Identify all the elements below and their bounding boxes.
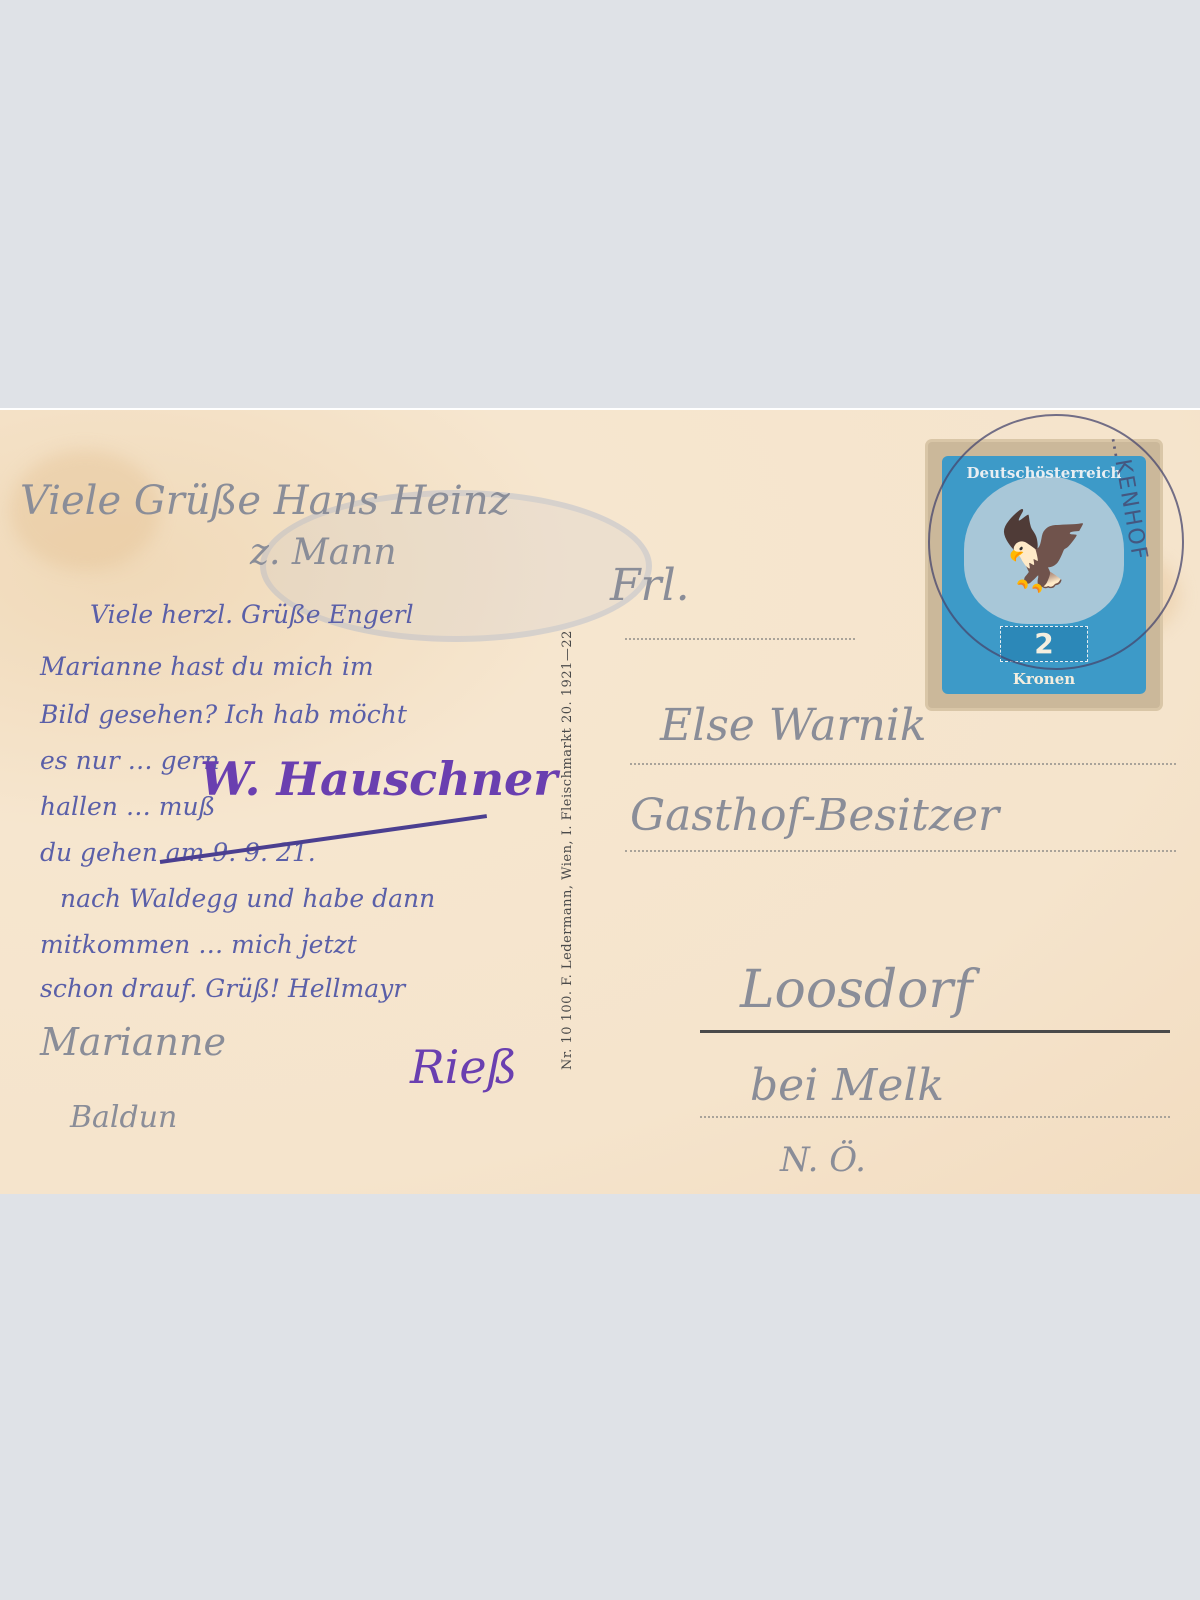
- address-line-1: Frl.: [610, 560, 690, 611]
- address-line-4: Loosdorf: [740, 960, 973, 1020]
- violet-signature: W. Hauschner: [200, 752, 558, 806]
- address-dotted-line: [625, 638, 855, 640]
- pencil-signature: Marianne: [40, 1020, 226, 1064]
- message-line: mitkommen … mich jetzt: [40, 930, 357, 959]
- violet-signature: Rieß: [410, 1040, 517, 1094]
- address-dotted-line: [630, 763, 1176, 765]
- message-line: du gehen am 9. 9. 21.: [40, 838, 316, 867]
- message-line: Viele herzl. Grüße Engerl: [90, 600, 414, 629]
- address-line-3: Gasthof-Besitzer: [630, 790, 999, 841]
- pencil-signature: Baldun: [70, 1100, 177, 1135]
- address-solid-line: [700, 1030, 1170, 1033]
- address-line-2: Else Warnik: [660, 700, 927, 751]
- address-dotted-line: [700, 1116, 1170, 1118]
- stamp-currency: Kronen: [942, 670, 1146, 688]
- message-line: Marianne hast du mich im: [40, 652, 374, 681]
- message-line: es nur … gern: [40, 746, 219, 775]
- pencil-greeting: Viele Grüße Hans Heinz: [20, 478, 510, 524]
- pencil-second-line: z. Mann: [250, 532, 397, 573]
- message-line: hallen … muß: [40, 792, 215, 821]
- postmark: …KENHOF: [928, 414, 1184, 670]
- address-dotted-line: [625, 850, 1176, 852]
- address-line-6: N. Ö.: [780, 1140, 866, 1180]
- message-line: Bild gesehen? Ich hab möcht: [40, 700, 407, 729]
- message-line: nach Waldegg und habe dann: [60, 884, 435, 913]
- address-line-5: bei Melk: [750, 1060, 944, 1111]
- message-line: schon drauf. Grüß! Hellmayr: [40, 974, 405, 1003]
- postmark-text: …KENHOF: [1105, 434, 1152, 564]
- publisher-imprint: Nr. 10 100. F. Ledermann, Wien, I. Fleis…: [560, 630, 575, 1070]
